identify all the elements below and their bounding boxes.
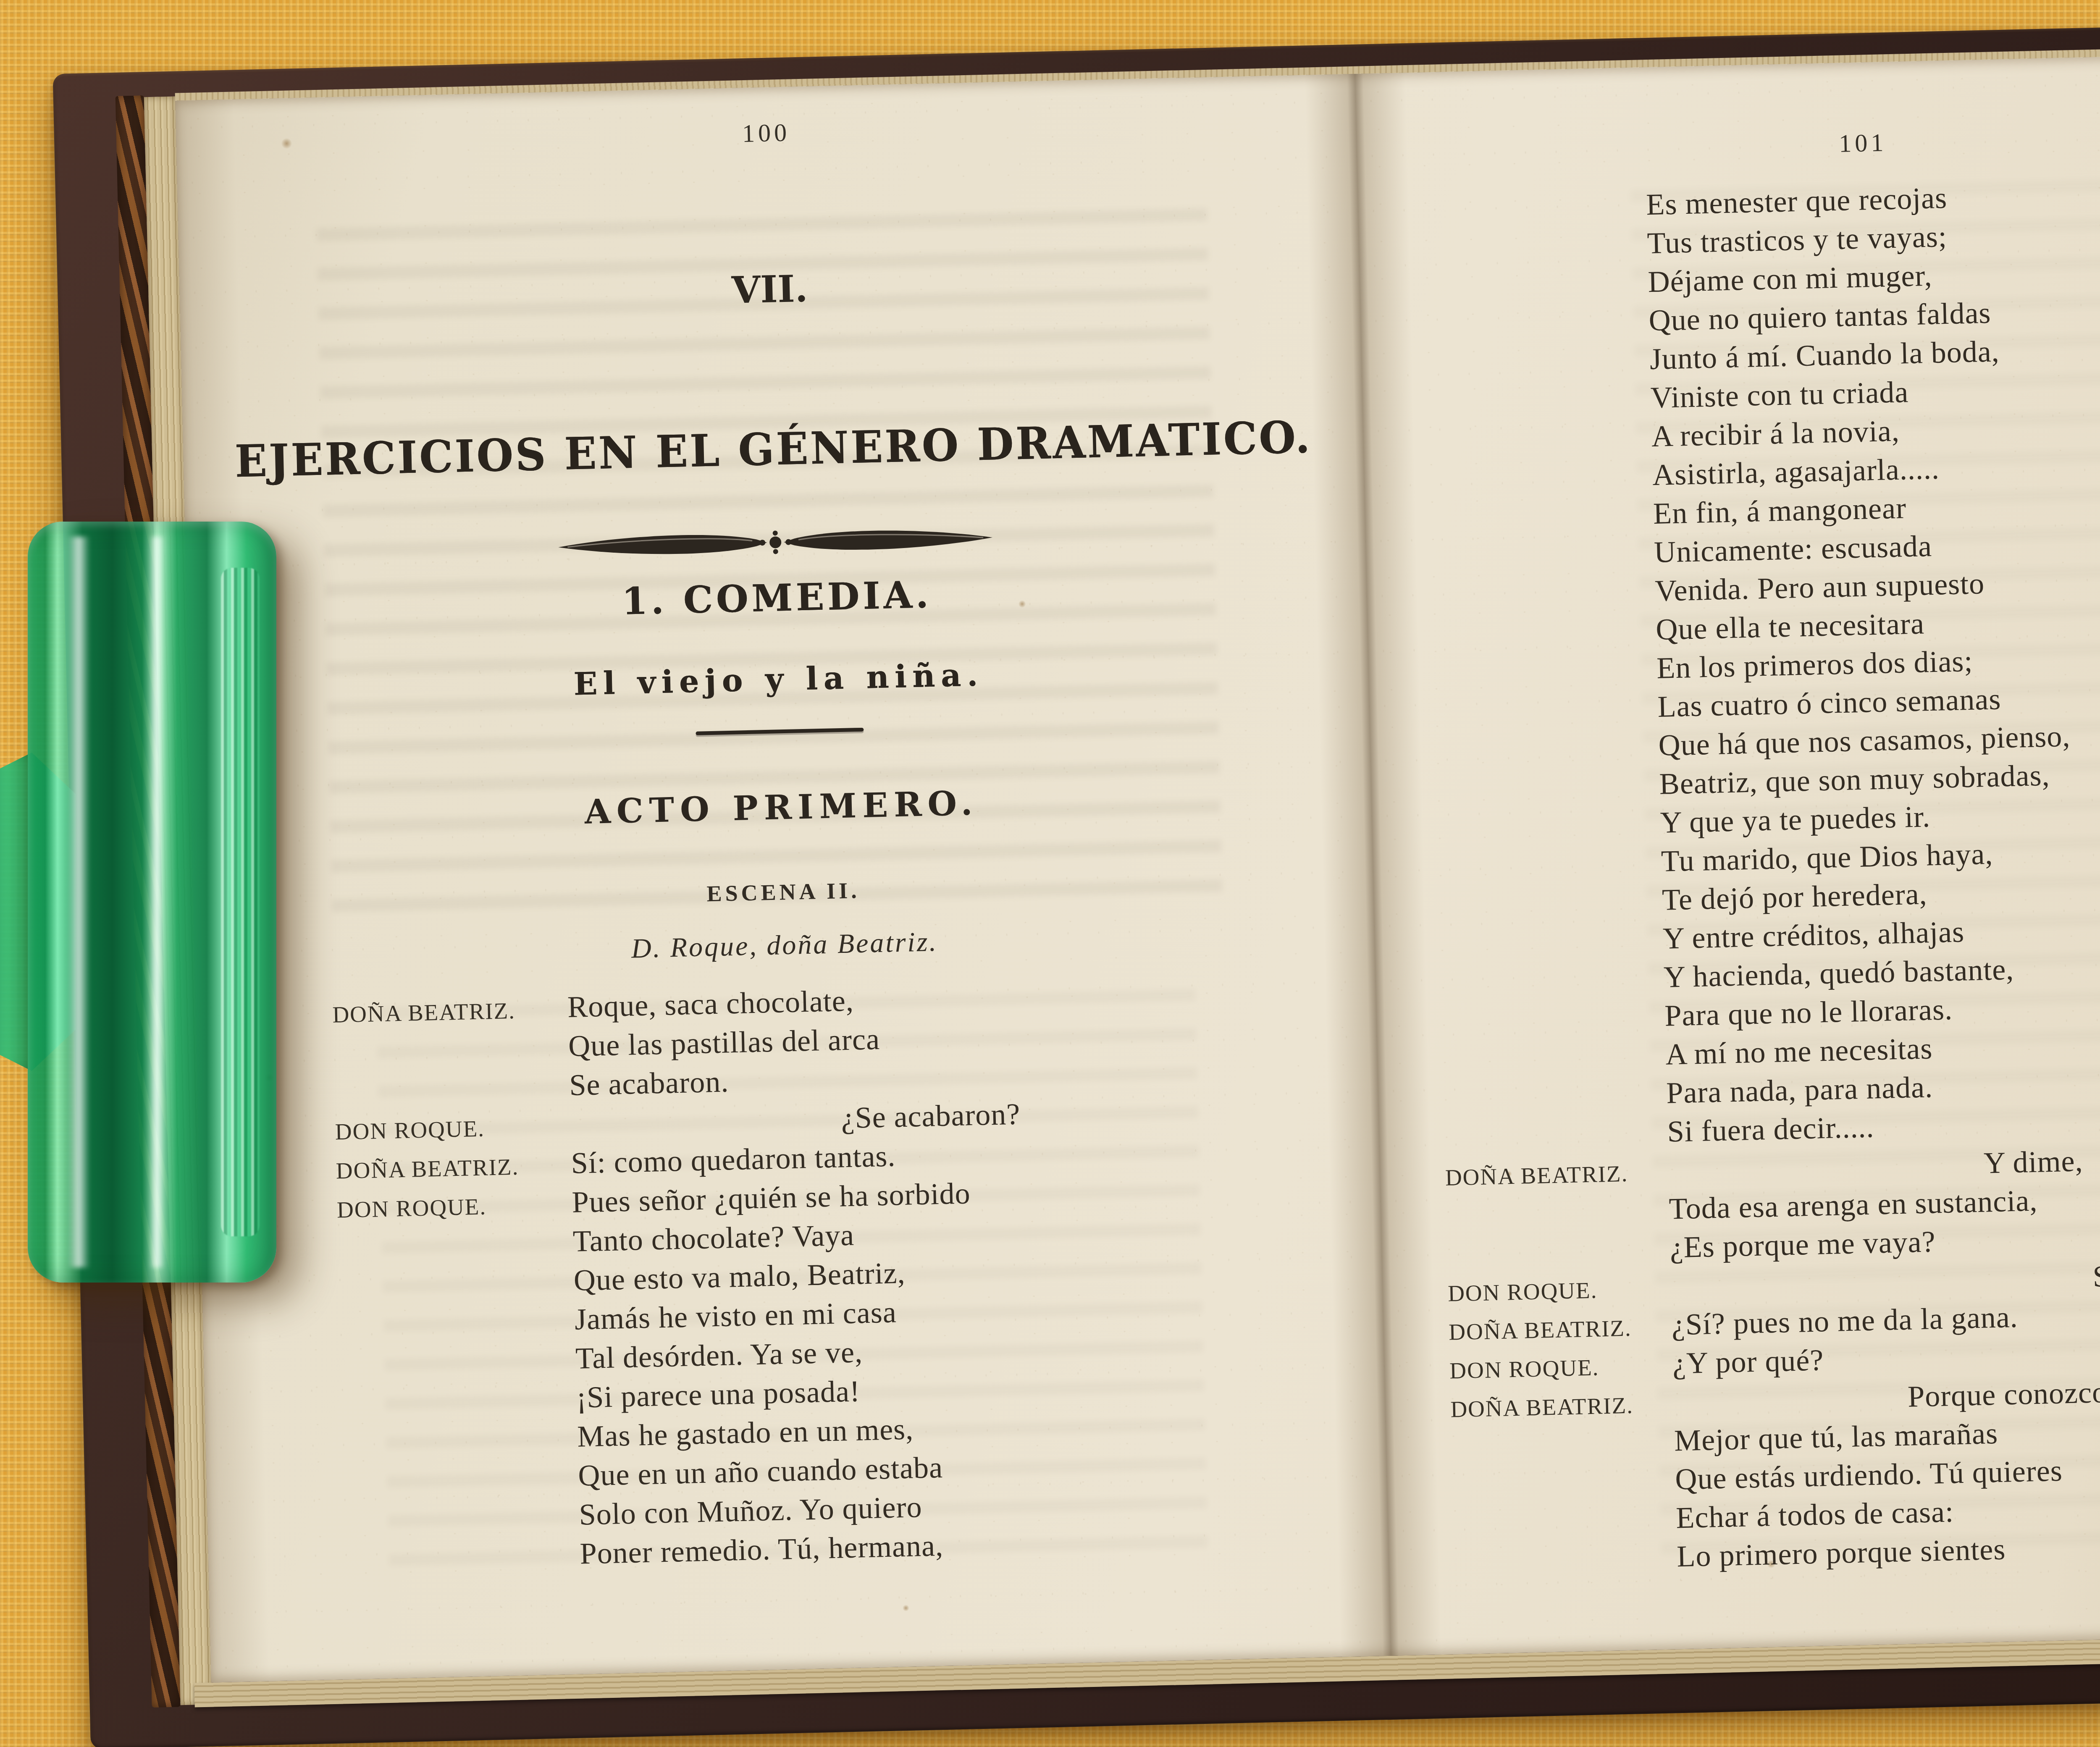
speaker-label xyxy=(1435,717,1658,722)
open-spread: 100 VII. EJERCICIOS EN EL GÉNERO DRAMATI… xyxy=(175,51,2100,1682)
green-clip-icon xyxy=(28,522,276,1283)
clip-highlight xyxy=(68,537,90,1267)
speaker-label xyxy=(1431,524,1654,529)
page-number: 100 xyxy=(176,107,1357,159)
foxing-spot xyxy=(903,1605,909,1611)
dialogue-block-right: Es menester que recojas Tus trasticos y … xyxy=(1423,176,2100,1585)
speaker-label xyxy=(341,1369,576,1374)
speaker-label: DOÑA BEATRIZ. xyxy=(336,1154,571,1183)
divider-rule xyxy=(696,728,864,735)
speaker-label xyxy=(1425,292,1648,297)
speaker-label xyxy=(1444,1103,1667,1108)
speaker-label: DOÑA BEATRIZ. xyxy=(332,998,568,1026)
speaker-label xyxy=(1433,640,1656,645)
speaker-label xyxy=(1431,562,1654,567)
speaker-label: DON ROQUE. xyxy=(1449,1354,1673,1382)
speaker-label xyxy=(1438,833,1661,838)
verse-line: Roque, saca chocolate, xyxy=(567,978,1176,1022)
speaker-label xyxy=(343,1486,578,1491)
scene-characters: D. Roque, doña Beatriz. xyxy=(194,918,1375,973)
chapter-numeral: VII. xyxy=(179,257,1360,321)
speaker-label: DON ROQUE. xyxy=(1448,1277,1671,1305)
speaker-label xyxy=(1437,794,1660,799)
scene-heading: ESCENA II. xyxy=(193,867,1374,917)
speaker-label xyxy=(342,1447,577,1452)
speaker-label xyxy=(1427,369,1650,374)
dialogue-block-left: DOÑA BEATRIZ. Roque, saca chocolate, Que… xyxy=(332,978,1189,1583)
page-number: 101 xyxy=(1357,119,2100,167)
speaker-label xyxy=(1439,910,1662,915)
speaker-label xyxy=(1432,601,1655,606)
speaker-label: DON ROQUE. xyxy=(336,1193,572,1222)
speaker-label xyxy=(1452,1451,1675,1456)
speaker-label xyxy=(1430,485,1653,490)
speaker-label xyxy=(1428,408,1651,413)
speaker-label xyxy=(1441,987,1664,992)
speaker-label: DOÑA BEATRIZ. xyxy=(1445,1161,1668,1189)
piece-label: 1. COMEDIA. xyxy=(186,566,1367,630)
speaker-label xyxy=(341,1408,577,1413)
speaker-label xyxy=(1434,678,1657,683)
ornament-flourish-icon xyxy=(554,520,996,565)
speaker-label xyxy=(1453,1528,1676,1533)
play-title: El viejo y la niña. xyxy=(188,651,1369,708)
chapter-title: EJERCICIOS EN EL GÉNERO DRAMATICO. xyxy=(183,414,1364,485)
speaker-label xyxy=(1424,253,1647,258)
speaker-label xyxy=(1446,1219,1669,1224)
book: 100 VII. EJERCICIOS EN EL GÉNERO DRAMATI… xyxy=(52,19,2100,1747)
speaker-label: DOÑA BEATRIZ. xyxy=(1450,1393,1674,1421)
act-heading: ACTO PRIMERO. xyxy=(191,777,1372,837)
speaker-label xyxy=(1423,215,1646,220)
speaker-label xyxy=(1447,1258,1670,1263)
speaker-label xyxy=(334,1095,570,1101)
speaker-label xyxy=(1429,446,1652,451)
speaker-label xyxy=(1444,1142,1667,1147)
speaker-label xyxy=(1443,1065,1666,1070)
speaker-label: DON ROQUE. xyxy=(335,1115,570,1144)
speaker-label xyxy=(1454,1566,1677,1571)
speaker-label xyxy=(1442,1026,1665,1031)
speaker-label xyxy=(345,1564,580,1569)
clip-ribs xyxy=(221,568,260,1236)
page-100: 100 VII. EJERCICIOS EN EL GÉNERO DRAMATI… xyxy=(175,74,1391,1683)
speaker-label xyxy=(333,1056,569,1062)
speaker-label xyxy=(1436,755,1659,761)
speaker-label: DOÑA BEATRIZ. xyxy=(1449,1316,1672,1344)
speaker-label xyxy=(339,1291,574,1296)
page-101: 101 Es menester que recojas Tus trastico… xyxy=(1355,51,2100,1656)
speaker-label xyxy=(1438,871,1662,876)
speaker-label xyxy=(1452,1489,1675,1494)
speaker-label xyxy=(1440,949,1663,954)
clip-highlight xyxy=(150,537,165,1267)
speaker-label xyxy=(338,1251,573,1257)
verse-line: Es menester que recojas xyxy=(1646,176,2100,220)
speaker-label xyxy=(344,1525,579,1530)
speaker-label xyxy=(1426,331,1649,336)
speaker-label xyxy=(340,1330,575,1335)
photo-of-open-book: { "scene": { "description": "Antique Spa… xyxy=(0,0,2100,1747)
